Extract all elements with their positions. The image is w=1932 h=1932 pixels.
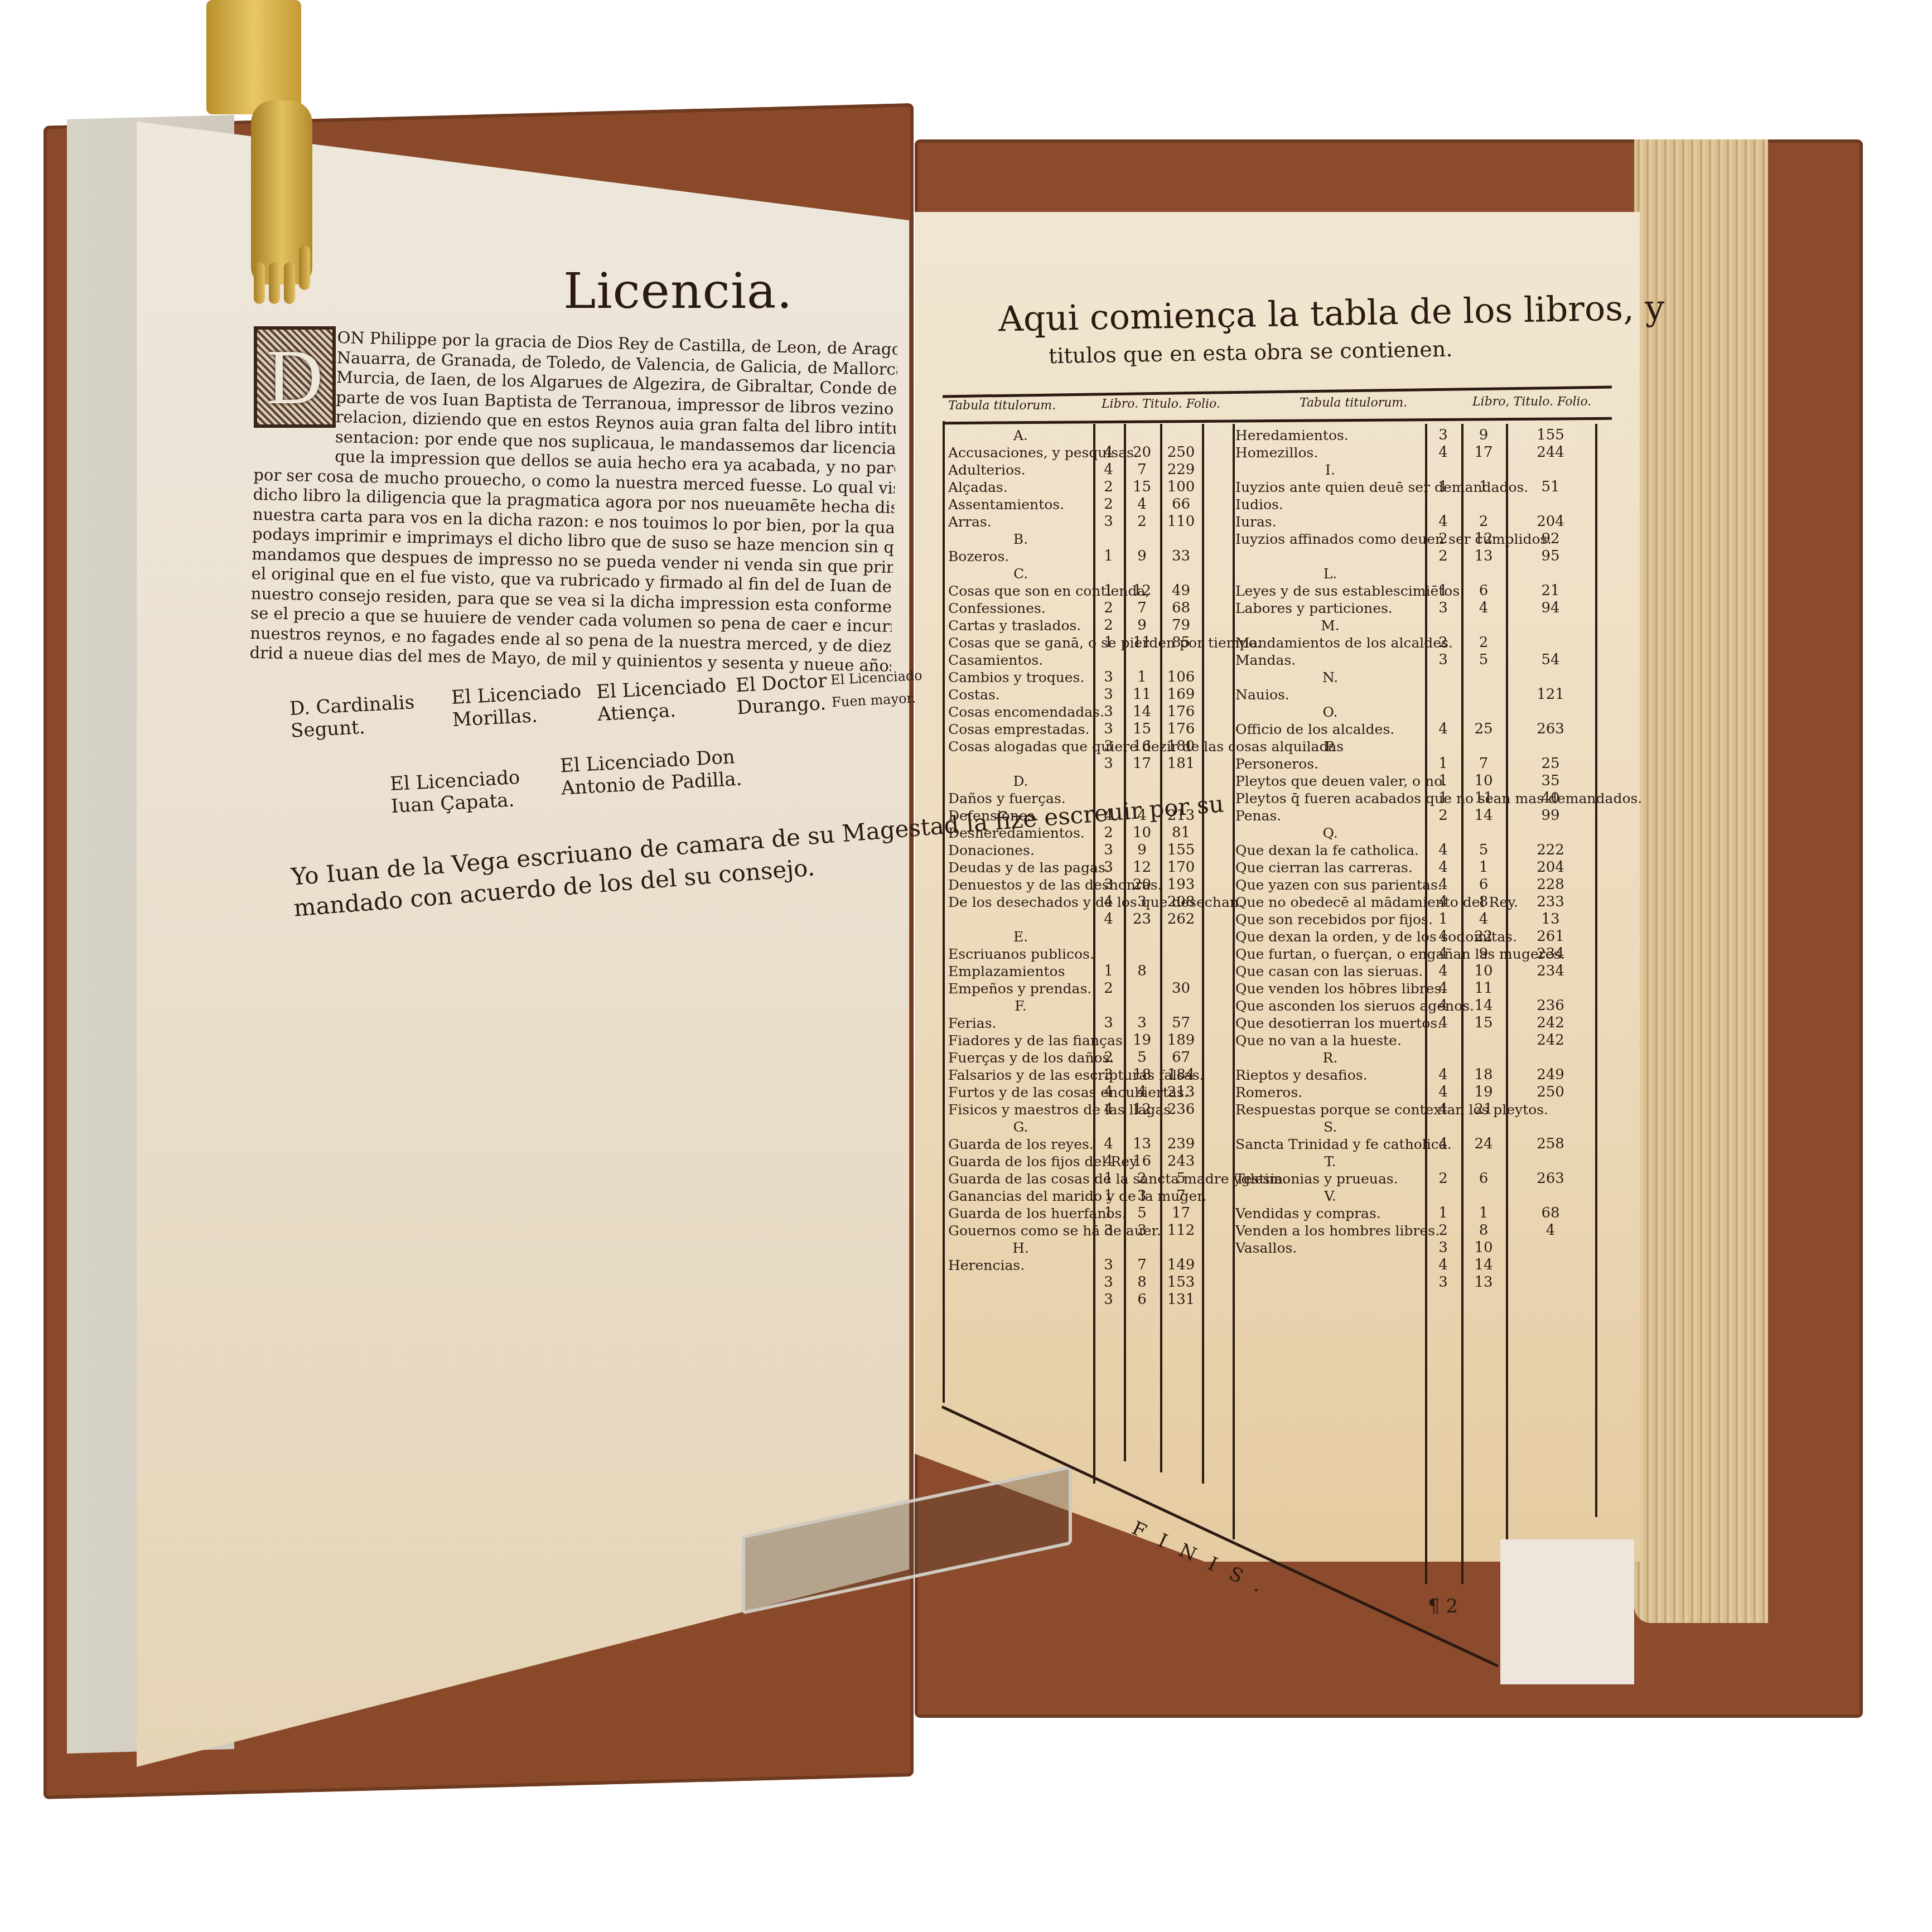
folio-value: 67: [1163, 1049, 1199, 1066]
index-entry: Que yazen con sus parientas.: [1235, 876, 1425, 893]
folio-value: [1163, 651, 1199, 669]
libro-value: 3: [1096, 669, 1121, 686]
libro-value: [1096, 945, 1121, 963]
titulo-value: [1127, 928, 1157, 945]
folio-value: [1509, 617, 1592, 634]
folio-value: [1163, 772, 1199, 790]
libro-value: 4: [1428, 1066, 1458, 1084]
index-letter: N.: [1235, 669, 1425, 686]
libro-value: [1096, 928, 1121, 945]
folio-column-right: 1552445120492952194541212632535409922220…: [1509, 427, 1592, 1291]
licencia-body: ON Philippe por la gracia de Dios Rey de…: [249, 326, 897, 676]
index-entry: Testimonias y prueuas.: [1235, 1170, 1425, 1187]
index-entry: Gouernos como se hā de auer.: [948, 1222, 1093, 1239]
libro-value: 2: [1096, 496, 1121, 513]
libro-value: 3: [1096, 1274, 1121, 1291]
libro-value: 4: [1096, 893, 1121, 911]
libro-value: [1096, 651, 1121, 669]
index-entry: Vasallos.: [1235, 1239, 1425, 1257]
folio-value: [1509, 1153, 1592, 1170]
clip-finger: [254, 262, 265, 304]
folio-value: 112: [1163, 1222, 1199, 1239]
folio-value: 99: [1509, 807, 1592, 824]
titulo-value: 4: [1127, 1084, 1157, 1101]
libro-value: [1096, 997, 1121, 1015]
libro-value: 4: [1428, 980, 1458, 997]
titulo-value: 11: [1464, 980, 1503, 997]
titulo-value: 5: [1127, 1205, 1157, 1222]
index-letter: Q.: [1235, 824, 1425, 842]
libro-value: 1: [1428, 582, 1458, 600]
libro-value: 2: [1428, 1222, 1458, 1239]
index-entry: Vendidas y compras.: [1235, 1205, 1425, 1222]
index-entry: Que desotierran los muertos.: [1235, 1015, 1425, 1032]
signature: El DoctorDurango.: [735, 670, 829, 719]
titulo-value: 8: [1127, 1274, 1157, 1291]
index-letter: O.: [1235, 703, 1425, 721]
titulo-value: 4: [1464, 911, 1503, 928]
libro-value: 2: [1428, 807, 1458, 824]
folio-value: [1509, 738, 1592, 755]
libro-value: [1096, 427, 1121, 444]
folio-value: [1163, 565, 1199, 582]
libro-value: 3: [1428, 427, 1458, 444]
clip-thumb: [299, 245, 310, 290]
titulo-value: 3: [1127, 1222, 1157, 1239]
libro-value: 2: [1096, 617, 1121, 634]
titulo-value: 5: [1464, 651, 1503, 669]
index-entry: Iuyzios affinados como deuen ser cumplid…: [1235, 530, 1425, 548]
libro-value: [1428, 617, 1458, 634]
libro-value: 3: [1096, 859, 1121, 876]
index-entry: Ferias.: [948, 1015, 1093, 1032]
libro-value: 4: [1428, 945, 1458, 963]
folio-value: [1163, 1239, 1199, 1257]
index-entry: Que venden los hōbres libres.: [1235, 980, 1425, 997]
folio-value: 68: [1509, 1205, 1592, 1222]
titulo-value: 17: [1464, 444, 1503, 461]
index-letter: D.: [948, 772, 1093, 790]
signature: El Licenciado DonAntonio de Padilla.: [559, 746, 742, 800]
titulo-value: 1: [1464, 859, 1503, 876]
folio-value: 228: [1509, 876, 1592, 893]
index-entry: [948, 1274, 1093, 1291]
folio-value: [1509, 565, 1592, 582]
titulo-value: 19: [1464, 1084, 1503, 1101]
folio-value: 40: [1509, 790, 1592, 807]
index-entry: Que no obedecē al mādamiento del Rey.: [1235, 893, 1425, 911]
index-entry: Daños y fuerças.: [948, 790, 1093, 807]
index-letter: E.: [948, 928, 1093, 945]
folio-value: [1509, 1049, 1592, 1066]
header-left-name: Tabula titulorum.: [948, 399, 1056, 413]
titulo-value: [1464, 565, 1503, 582]
titulo-value: [1464, 1187, 1503, 1205]
libro-value: [1428, 669, 1458, 686]
folio-value: 243: [1163, 1153, 1199, 1170]
titulo-value: 11: [1464, 790, 1503, 807]
folio-value: 236: [1509, 997, 1592, 1015]
folio-value: 250: [1509, 1084, 1592, 1101]
libro-value: 4: [1428, 928, 1458, 945]
libro-value: 2: [1428, 548, 1458, 565]
index-entry: Pleytos que deuen valer, o no.: [1235, 772, 1425, 790]
col-rule: [1595, 424, 1597, 1517]
index-entry: Ganancias del marido y de la muger.: [948, 1187, 1093, 1205]
index-entry: Confessiones.: [948, 600, 1093, 617]
index-entry: Iuyzios ante quien deuē ser demandados.: [1235, 479, 1425, 496]
folio-value: 155: [1163, 842, 1199, 859]
titulo-value: [1127, 1118, 1157, 1136]
titulo-column-left: 2071542912791111114151617410912203238319…: [1127, 427, 1157, 1308]
folio-value: 263: [1509, 1170, 1592, 1187]
index-entry: Nauios.: [1235, 686, 1425, 703]
index-entry: Cosas que son en contienda,: [948, 582, 1093, 600]
titulo-value: 5: [1127, 1049, 1157, 1066]
libro-value: 4: [1428, 963, 1458, 980]
folio-value: [1509, 669, 1592, 686]
folio-value: 51: [1509, 479, 1592, 496]
libro-value: [1096, 1239, 1121, 1257]
folio-value: [1509, 1274, 1592, 1291]
titulo-value: 6: [1127, 1291, 1157, 1308]
index-letter: L.: [1235, 565, 1425, 582]
index-entry: Cosas alogadas que quiere dezir de las c…: [948, 738, 1093, 755]
libro-value: 4: [1096, 1101, 1121, 1118]
folio-value: 131: [1163, 1291, 1199, 1308]
folio-value: 176: [1163, 721, 1199, 738]
folio-value: 180: [1163, 738, 1199, 755]
libro-value: [1428, 824, 1458, 842]
index-entry: Escriuanos publicos.: [948, 945, 1093, 963]
index-entry: Donaciones.: [948, 842, 1093, 859]
index-entry: Heredamientos.: [1235, 427, 1425, 444]
titulo-value: [1464, 738, 1503, 755]
col-rule: [1233, 424, 1235, 1539]
folio-value: 110: [1163, 513, 1199, 530]
titulo-value: 7: [1127, 461, 1157, 479]
index-entry: Iuras.: [1235, 513, 1425, 530]
index-entry: Labores y particiones.: [1235, 600, 1425, 617]
titulo-value: 3: [1127, 893, 1157, 911]
titulo-value: [1464, 669, 1503, 686]
libro-value: 2: [1096, 1049, 1121, 1066]
libro-value: 4: [1428, 513, 1458, 530]
folio-value: 234: [1509, 945, 1592, 963]
titulo-value: [1127, 790, 1157, 807]
folio-value: 7: [1163, 1187, 1199, 1205]
libro-value: 4: [1096, 1153, 1121, 1170]
folio-value: 249: [1509, 1066, 1592, 1084]
titulo-value: 9: [1127, 548, 1157, 565]
folio-value: [1163, 963, 1199, 980]
libro-value: 4: [1428, 1136, 1458, 1153]
folio-value: 213: [1163, 1084, 1199, 1101]
index-entry: [948, 1291, 1093, 1308]
libro-value: [1428, 1153, 1458, 1170]
libro-value: [1428, 496, 1458, 513]
col-rule: [1124, 424, 1126, 1461]
libro-value: 4: [1428, 1084, 1458, 1101]
col-rule: [1160, 424, 1162, 1472]
folio-value: [1509, 980, 1592, 997]
titulo-value: 20: [1127, 444, 1157, 461]
titulo-value: 5: [1464, 842, 1503, 859]
libro-value: 4: [1428, 1257, 1458, 1274]
libro-value: 3: [1428, 651, 1458, 669]
folio-value: 17: [1163, 1205, 1199, 1222]
folio-value: [1163, 1118, 1199, 1136]
index-entry: Cambios y troques.: [948, 669, 1093, 686]
titulo-value: 10: [1464, 963, 1503, 980]
libro-value: 4: [1428, 1015, 1458, 1032]
folio-value: 121: [1509, 686, 1592, 703]
libro-value: 1: [1096, 634, 1121, 651]
folio-value: 57: [1163, 1015, 1199, 1032]
brass-clip-bar: [206, 0, 301, 114]
libro-value: 1: [1428, 790, 1458, 807]
index-entry: Sancta Trinidad y fe catholica.: [1235, 1136, 1425, 1153]
titulo-value: 21: [1464, 1101, 1503, 1118]
index-entry: Guarda de los fijos del Rey.: [948, 1153, 1093, 1170]
index-entry: Que dexan la fe catholica.: [1235, 842, 1425, 859]
folio-value: 193: [1163, 876, 1199, 893]
folio-value: 208: [1163, 893, 1199, 911]
titulo-value: [1464, 703, 1503, 721]
titulo-value: 19: [1127, 1032, 1157, 1049]
titulo-value: 9: [1464, 427, 1503, 444]
libro-value: 1: [1428, 772, 1458, 790]
folio-value: 4: [1509, 1222, 1592, 1239]
titulo-value: 4: [1127, 496, 1157, 513]
folio-value: 234: [1509, 963, 1592, 980]
index-letter: T.: [1235, 1153, 1425, 1170]
index-entry: [948, 755, 1093, 772]
index-entry: Assentamientos.: [948, 496, 1093, 513]
index-entry: Denuestos y de las deshonras.: [948, 876, 1093, 893]
folio-value: 239: [1163, 1136, 1199, 1153]
libro-value: 2: [1428, 1170, 1458, 1187]
folio-value: 263: [1509, 721, 1592, 738]
index-entry: Leyes y de sus establescimiētos: [1235, 582, 1425, 600]
index-entry: Empeños y prendas.: [948, 980, 1093, 997]
folio-value: 229: [1163, 461, 1199, 479]
libro-value: 3: [1096, 1066, 1121, 1084]
libro-value: 1: [1096, 1170, 1121, 1187]
signature-mark: ¶ 2: [1428, 1595, 1458, 1617]
libro-value: 3: [1096, 1257, 1121, 1274]
folio-value: [1509, 1257, 1592, 1274]
libro-value: 4: [1096, 807, 1121, 824]
col-rule: [943, 421, 945, 1403]
index-entry: Emplazamientos: [948, 963, 1093, 980]
folio-value: 33: [1163, 548, 1199, 565]
titulo-value: [1127, 651, 1157, 669]
index-letter: R.: [1235, 1049, 1425, 1066]
folio-value: 92: [1509, 530, 1592, 548]
titulo-value: 12: [1127, 859, 1157, 876]
libro-value: 3: [1428, 600, 1458, 617]
folio-value: 176: [1163, 703, 1199, 721]
folio-value: 149: [1163, 1257, 1199, 1274]
index-entry: Accusaciones, y pesquisas.: [948, 444, 1093, 461]
libro-value: 3: [1428, 1239, 1458, 1257]
titulo-value: 3: [1127, 1187, 1157, 1205]
folio-value: 30: [1163, 980, 1199, 997]
libro-value: [1096, 790, 1121, 807]
folio-value: 170: [1163, 859, 1199, 876]
libro-value: 3: [1096, 513, 1121, 530]
titulo-value: 18: [1127, 1066, 1157, 1084]
titulo-value: [1464, 1049, 1503, 1066]
libro-value: 3: [1096, 1291, 1121, 1308]
folio-value: 262: [1163, 911, 1199, 928]
libro-value: [1096, 565, 1121, 582]
libro-value: 3: [1096, 738, 1121, 755]
folio-value: [1509, 1118, 1592, 1136]
index-entry: Homezillos.: [1235, 444, 1425, 461]
libro-value: 1: [1096, 548, 1121, 565]
libro-value: 4: [1096, 911, 1121, 928]
folio-value: 155: [1509, 427, 1592, 444]
index-entry: Deudas y de las pagas.: [948, 859, 1093, 876]
index-letter: A.: [948, 427, 1093, 444]
index-entry: Fiadores y de las fianças.: [948, 1032, 1093, 1049]
libro-value: 3: [1096, 876, 1121, 893]
index-entry: Que cierran las carreras.: [1235, 859, 1425, 876]
libro-value: [1428, 1049, 1458, 1066]
titulo-value: 9: [1464, 945, 1503, 963]
titulo-value: 17: [1127, 755, 1157, 772]
folio-value: 85: [1163, 634, 1199, 651]
folio-value: [1509, 496, 1592, 513]
folio-value: 189: [1163, 1032, 1199, 1049]
folio-value: 233: [1509, 893, 1592, 911]
libro-value: 4: [1096, 444, 1121, 461]
libro-value: 2: [1096, 600, 1121, 617]
header-right-cols: Libro, Titulo. Folio.: [1472, 395, 1591, 409]
index-letter: C.: [948, 565, 1093, 582]
libro-value: [1096, 772, 1121, 790]
folio-value: 106: [1163, 669, 1199, 686]
index-entry: [1235, 548, 1425, 565]
index-letter: M.: [1235, 617, 1425, 634]
folio-value: 95: [1509, 548, 1592, 565]
titulo-value: 7: [1127, 1257, 1157, 1274]
titulo-value: [1464, 1153, 1503, 1170]
libro-value: 2: [1096, 479, 1121, 496]
libro-value: [1428, 1118, 1458, 1136]
folio-value: [1509, 1239, 1592, 1257]
titulo-value: 2: [1127, 1170, 1157, 1187]
titulo-value: 15: [1127, 479, 1157, 496]
titulo-value: 20: [1127, 876, 1157, 893]
folio-value: [1509, 634, 1592, 651]
titulo-value: 14: [1127, 703, 1157, 721]
libro-value: 1: [1428, 911, 1458, 928]
titulo-value: 24: [1464, 1136, 1503, 1153]
folio-value: 222: [1509, 842, 1592, 859]
folio-value: 213: [1163, 807, 1199, 824]
folio-value: 13: [1509, 911, 1592, 928]
index-entry: Furtos y de las cosas encubiertas.: [948, 1084, 1093, 1101]
folio-value: 81: [1163, 824, 1199, 842]
libro-value: 4: [1096, 1136, 1121, 1153]
index-entry: [948, 911, 1093, 928]
titulo-value: 13: [1464, 548, 1503, 565]
titulo-value: [1127, 565, 1157, 582]
index-entry: Rieptos y desafios.: [1235, 1066, 1425, 1084]
titulo-value: 10: [1464, 1239, 1503, 1257]
libro-value: [1428, 703, 1458, 721]
libro-value: 3: [1096, 755, 1121, 772]
titulo-value: 1: [1464, 479, 1503, 496]
index-entry: Que dexan la orden, y de los sodomitas.: [1235, 928, 1425, 945]
titulo-value: 8: [1127, 963, 1157, 980]
folio-value: [1509, 1187, 1592, 1205]
index-column-right: Heredamientos.Homezillos.I.Iuyzios ante …: [1235, 427, 1425, 1291]
index-letter: H.: [948, 1239, 1093, 1257]
index-letter: P.: [1235, 738, 1425, 755]
index-entry: Pleytos q̄ fueren acabados que no sean m…: [1235, 790, 1425, 807]
titulo-value: [1127, 980, 1157, 997]
paper-slip: [1500, 1539, 1634, 1684]
titulo-value: [1464, 824, 1503, 842]
titulo-column-right: 9171212136425257101114516842291011141518…: [1464, 427, 1503, 1291]
titulo-value: 13: [1464, 1274, 1503, 1291]
titulo-value: 9: [1127, 842, 1157, 859]
index-entry: Arras.: [948, 513, 1093, 530]
folio-value: [1163, 790, 1199, 807]
index-entry: Cartas y traslados.: [948, 617, 1093, 634]
index-letter: I.: [1235, 461, 1425, 479]
titulo-value: 12: [1127, 582, 1157, 600]
index-entry: [1235, 1274, 1425, 1291]
titulo-value: 11: [1127, 634, 1157, 651]
titulo-value: 23: [1127, 911, 1157, 928]
index-entry: Costas.: [948, 686, 1093, 703]
page-edges: [1634, 139, 1768, 1623]
titulo-value: [1127, 1239, 1157, 1257]
clip-finger: [269, 262, 280, 304]
titulo-value: 16: [1127, 1153, 1157, 1170]
titulo-value: 22: [1464, 928, 1503, 945]
titulo-value: 8: [1464, 893, 1503, 911]
titulo-value: [1127, 530, 1157, 548]
titulo-value: 2: [1464, 513, 1503, 530]
folio-value: 236: [1163, 1101, 1199, 1118]
index-entry: Herencias.: [948, 1257, 1093, 1274]
folio-value: 261: [1509, 928, 1592, 945]
titulo-value: 2: [1127, 513, 1157, 530]
licencia-title: Licencia.: [563, 262, 793, 320]
folio-value: 169: [1163, 686, 1199, 703]
index-entry: Cosas emprestadas.: [948, 721, 1093, 738]
index-entry: Fisicos y maestros de las llagas.: [948, 1101, 1093, 1118]
index-entry: Que asconden los sieruos agenos.: [1235, 997, 1425, 1015]
folio-value: 181: [1163, 755, 1199, 772]
titulo-value: 12: [1464, 530, 1503, 548]
index-entry: Personeros.: [1235, 755, 1425, 772]
folio-value: 35: [1509, 772, 1592, 790]
folio-value: 153: [1163, 1274, 1199, 1291]
folio-value: [1163, 530, 1199, 548]
titulo-value: 8: [1464, 1222, 1503, 1239]
titulo-value: [1464, 461, 1503, 479]
index-letter: B.: [948, 530, 1093, 548]
index-column-left: A.Accusaciones, y pesquisas.Adulterios.A…: [948, 427, 1093, 1308]
libro-value: [1428, 565, 1458, 582]
